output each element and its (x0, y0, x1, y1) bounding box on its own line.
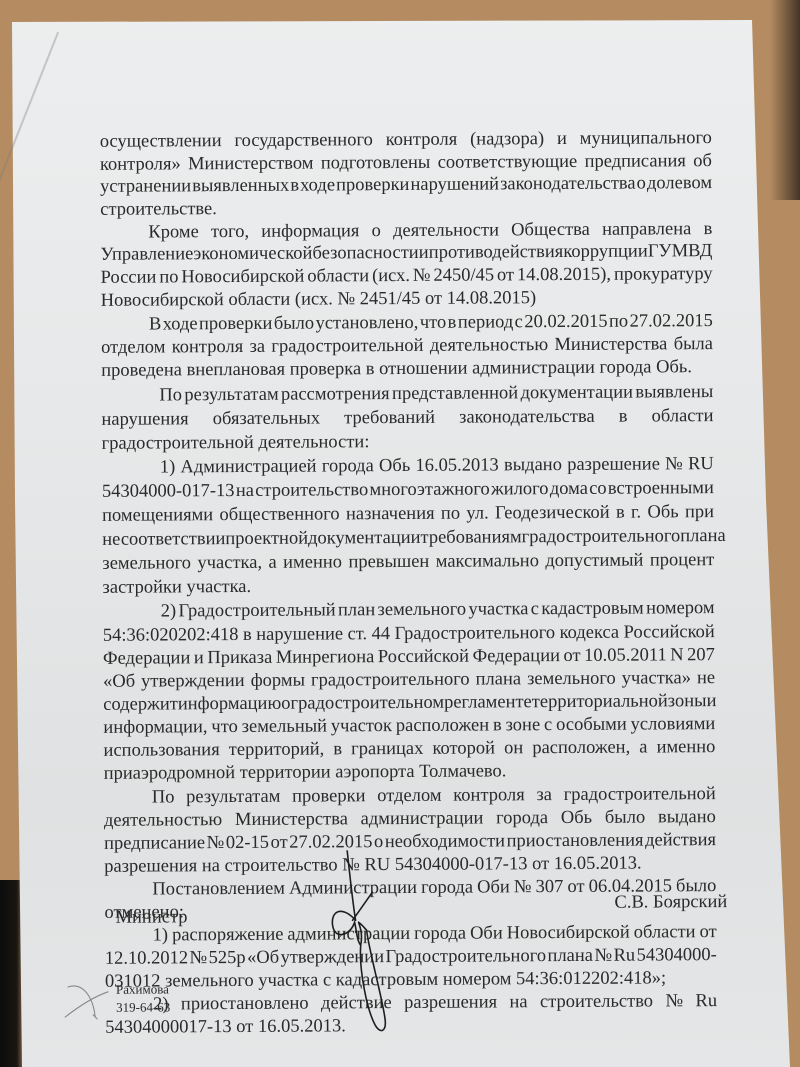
document-line: 2)Градостроительныйпланземельногоучастка… (161, 596, 715, 623)
executor-name: Рахимова (116, 981, 169, 997)
document-line: 54304000017-13 от 16.05.2013. (105, 1012, 717, 1040)
document-body: осуществлениигосударственногоконтроля(на… (0, 0, 797, 2)
pencil-mark (0, 32, 59, 219)
document-text: осуществлениигосударственногоконтроля(на… (0, 0, 800, 1067)
handwritten-signature (322, 850, 403, 1050)
signatory-title: Министр (115, 907, 187, 928)
document-line: проведена внеплановая проверка в отношен… (101, 355, 713, 383)
signatory-name: С.В. Боярский (614, 892, 727, 914)
document-line: 1)АдминистрациейгородаОбь16.05.2013выдан… (160, 452, 714, 479)
executor-phone: 319-64-63 (116, 999, 170, 1015)
pencil-initials (63, 977, 113, 1027)
document-line: Порезультатамрассмотренияпредставленнойд… (159, 380, 713, 407)
